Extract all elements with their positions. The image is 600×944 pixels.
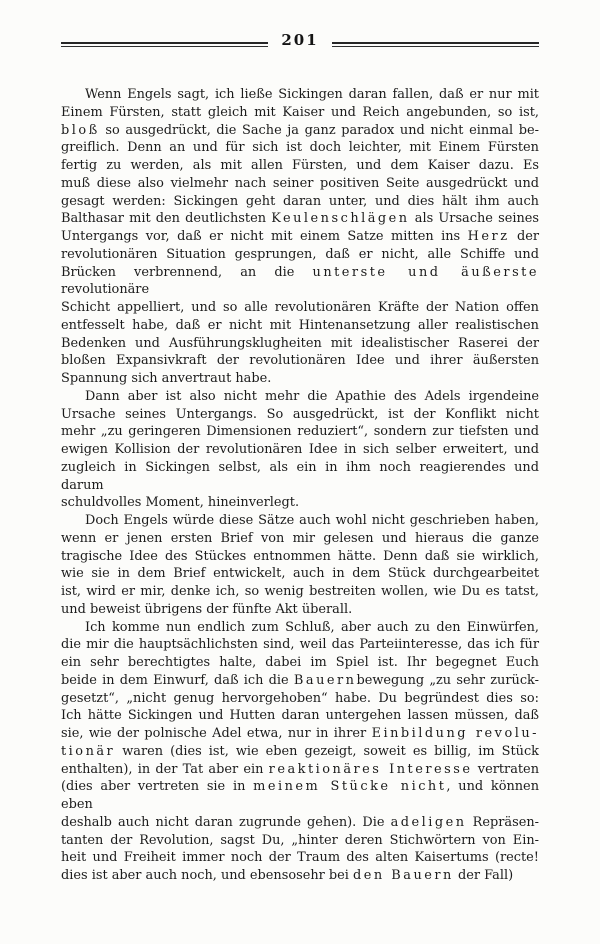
text-segment: ist, wird er mir, denke ich, so wenig be…	[61, 584, 539, 599]
text-segment: bewegung „zu sehr zurück-	[356, 673, 539, 688]
page-header: 201	[61, 30, 539, 50]
paragraph: Ich komme nun endlich zum Schluß, aber a…	[61, 619, 539, 885]
text-line: mehr „zu geringeren Dimensionen reduzier…	[61, 423, 539, 441]
emphasized-text: reaktionäres Interesse	[269, 762, 473, 777]
text-line: Schicht appelliert, und so alle revoluti…	[61, 299, 539, 317]
text-line: gesetzt“, „nicht genug hervorgehoben“ ha…	[61, 690, 539, 708]
emphasized-text: adeligen	[391, 815, 467, 830]
text-line: heit und Freiheit immer noch der Traum d…	[61, 849, 539, 867]
text-line: tionär waren (dies ist, wie eben gezeigt…	[61, 743, 539, 761]
text-line: beide in dem Einwurf, daß ich die Bauern…	[61, 672, 539, 690]
text-line: Untergangs vor, daß er nicht mit einem S…	[61, 228, 539, 246]
text-line: Spannung sich anvertraut habe.	[61, 370, 539, 388]
text-segment: Bedenken und Ausführungsklugheiten mit i…	[61, 336, 539, 351]
text-line: Ursache seines Untergangs. So ausgedrück…	[61, 406, 539, 424]
text-segment: der Fall)	[454, 868, 513, 883]
text-segment: tanten der Revolution, sagst Du, „hinter…	[61, 833, 539, 848]
text-segment: waren (dies ist, wie eben gezeigt, sowei…	[115, 744, 539, 759]
text-segment: wenn er jenen ersten Brief von mir geles…	[61, 531, 539, 546]
text-segment: Repräsen-	[467, 815, 539, 830]
text-line: gesagt werden: Sickingen geht daran unte…	[61, 193, 539, 211]
text-segment: schuldvolles Moment, hineinverlegt.	[61, 495, 299, 510]
emphasized-text: bloß	[61, 123, 100, 138]
page-number: 201	[268, 30, 331, 50]
text-line: Einem Fürsten, statt gleich mit Kaiser u…	[61, 104, 539, 122]
text-line: fertig zu werden, als mit allen Fürsten,…	[61, 157, 539, 175]
text-segment: dies ist aber auch noch, und ebensosehr …	[61, 868, 353, 883]
text-line: greiflich. Denn an und für sich ist doch…	[61, 139, 539, 157]
text-line: deshalb auch nicht daran zugrunde gehen)…	[61, 814, 539, 832]
text-line: Brücken verbrennend, an die unterste und…	[61, 264, 539, 300]
text-segment: wie sie in dem Brief entwickelt, auch in…	[61, 566, 539, 581]
text-segment: deshalb auch nicht daran zugrunde gehen)…	[61, 815, 391, 830]
paragraph: Dann aber ist also nicht mehr die Apathi…	[61, 388, 539, 512]
text-segment: vertraten	[473, 762, 539, 777]
text-line: Doch Engels würde diese Sätze auch wohl …	[61, 512, 539, 530]
book-page: 201 Wenn Engels sagt, ich ließe Sickinge…	[0, 0, 600, 944]
text-line: wie sie in dem Brief entwickelt, auch in…	[61, 565, 539, 583]
paragraph: Doch Engels würde diese Sätze auch wohl …	[61, 512, 539, 619]
text-line: ewigen Kollision der revolutionären Idee…	[61, 441, 539, 459]
text-line: muß diese also vielmehr nach seiner posi…	[61, 175, 539, 193]
text-line: dies ist aber auch noch, und ebensosehr …	[61, 867, 539, 885]
text-segment: zugleich in Sickingen selbst, als ein in…	[61, 460, 539, 493]
text-line: bloß so ausgedrückt, die Sache ja ganz p…	[61, 122, 539, 140]
emphasized-text: Bauern	[294, 673, 357, 688]
text-segment: beide in dem Einwurf, daß ich die	[61, 673, 294, 688]
text-line: tragische Idee des Stückes entnommen hät…	[61, 548, 539, 566]
emphasized-text: Einbildung revolu-	[372, 726, 539, 741]
text-segment: Doch Engels würde diese Sätze auch wohl …	[85, 513, 539, 528]
text-segment: gesetzt“, „nicht genug hervorgehoben“ ha…	[61, 691, 539, 706]
text-line: schuldvolles Moment, hineinverlegt.	[61, 494, 539, 512]
text-line: sie, wie der polnische Adel etwa, nur in…	[61, 725, 539, 743]
text-segment: Ich hätte Sickingen und Hutten daran unt…	[61, 708, 539, 723]
text-segment: revolutionäre	[61, 282, 149, 297]
emphasized-text: den Bauern	[353, 868, 454, 883]
text-segment: Einem Fürsten, statt gleich mit Kaiser u…	[61, 105, 539, 120]
text-line: enthalten), in der Tat aber ein reaktion…	[61, 761, 539, 779]
text-line: ist, wird er mir, denke ich, so wenig be…	[61, 583, 539, 601]
text-line: Ich komme nun endlich zum Schluß, aber a…	[61, 619, 539, 637]
text-segment: Ich komme nun endlich zum Schluß, aber a…	[85, 620, 539, 635]
text-segment: tragische Idee des Stückes entnommen hät…	[61, 549, 539, 564]
text-segment: als Ursache seines	[410, 211, 539, 226]
text-segment: Brücken verbrennend, an die	[61, 265, 313, 280]
emphasized-text: Herz	[468, 229, 510, 244]
text-segment: enthalten), in der Tat aber ein	[61, 762, 269, 777]
text-line: Balthasar mit den deutlichsten Keulensch…	[61, 210, 539, 228]
text-line: wenn er jenen ersten Brief von mir geles…	[61, 530, 539, 548]
text-line: Wenn Engels sagt, ich ließe Sickingen da…	[61, 86, 539, 104]
text-segment: muß diese also vielmehr nach seiner posi…	[61, 176, 539, 191]
emphasized-text: unterste und äußerste	[313, 265, 539, 280]
text-segment: fertig zu werden, als mit allen Fürsten,…	[61, 158, 539, 173]
text-line: bloßen Expansivkraft der revolutionären …	[61, 352, 539, 370]
text-segment: mehr „zu geringeren Dimensionen reduzier…	[61, 424, 539, 439]
text-line: Dann aber ist also nicht mehr die Apathi…	[61, 388, 539, 406]
text-segment: Spannung sich anvertraut habe.	[61, 371, 271, 386]
emphasized-text: tionär	[61, 744, 115, 759]
text-line: entfesselt habe, daß er nicht mit Hinten…	[61, 317, 539, 335]
text-segment: und beweist übrigens der fünfte Akt über…	[61, 602, 352, 617]
emphasized-text: meinem Stücke nicht	[253, 779, 446, 794]
text-segment: die mir die hauptsächlichsten sind, weil…	[61, 637, 539, 652]
text-segment: revolutionären Situation gesprungen, daß…	[61, 247, 539, 262]
text-line: ein sehr berechtigtes halte, dabei im Sp…	[61, 654, 539, 672]
text-segment: Schicht appelliert, und so alle revoluti…	[61, 300, 539, 315]
text-line: Bedenken und Ausführungsklugheiten mit i…	[61, 335, 539, 353]
text-line: und beweist übrigens der fünfte Akt über…	[61, 601, 539, 619]
text-segment: Dann aber ist also nicht mehr die Apathi…	[85, 389, 539, 404]
text-segment: Balthasar mit den deutlichsten	[61, 211, 271, 226]
text-segment: greiflich. Denn an und für sich ist doch…	[61, 140, 539, 155]
text-segment: gesagt werden: Sickingen geht daran unte…	[61, 194, 539, 209]
text-segment: (dies aber vertreten sie in	[61, 779, 253, 794]
text-block: Wenn Engels sagt, ich ließe Sickingen da…	[61, 86, 539, 885]
text-segment: der	[509, 229, 539, 244]
text-line: tanten der Revolution, sagst Du, „hinter…	[61, 832, 539, 850]
text-segment: sie, wie der polnische Adel etwa, nur in…	[61, 726, 372, 741]
header-rule-left	[61, 42, 268, 47]
text-segment: bloßen Expansivkraft der revolutionären …	[61, 353, 539, 368]
text-line: revolutionären Situation gesprungen, daß…	[61, 246, 539, 264]
text-line: die mir die hauptsächlichsten sind, weil…	[61, 636, 539, 654]
text-line: Ich hätte Sickingen und Hutten daran unt…	[61, 707, 539, 725]
text-segment: heit und Freiheit immer noch der Traum d…	[61, 850, 539, 865]
emphasized-text: Keulenschlägen	[271, 211, 409, 226]
text-segment: so ausgedrückt, die Sache ja ganz parado…	[100, 123, 539, 138]
text-line: (dies aber vertreten sie in meinem Stück…	[61, 778, 539, 814]
text-segment: Ursache seines Untergangs. So ausgedrück…	[61, 407, 539, 422]
text-line: zugleich in Sickingen selbst, als ein in…	[61, 459, 539, 495]
text-segment: ewigen Kollision der revolutionären Idee…	[61, 442, 539, 457]
paragraph: Wenn Engels sagt, ich ließe Sickingen da…	[61, 86, 539, 388]
text-segment: Wenn Engels sagt, ich ließe Sickingen da…	[85, 87, 539, 102]
text-segment: entfesselt habe, daß er nicht mit Hinten…	[61, 318, 539, 333]
text-segment: ein sehr berechtigtes halte, dabei im Sp…	[61, 655, 539, 670]
header-rule-right	[332, 42, 539, 47]
text-segment: Untergangs vor, daß er nicht mit einem S…	[61, 229, 468, 244]
